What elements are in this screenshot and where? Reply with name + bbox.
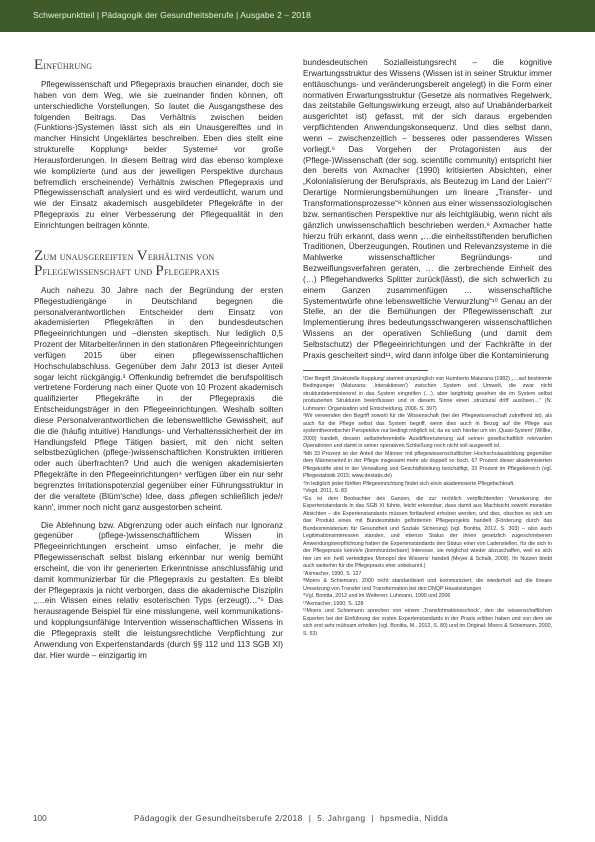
footnote: ⁸Moers & Schiemann, 2000 nicht standardi… [303, 578, 552, 593]
footnote: ¹⁰Axmacher, 1990, S. 128 [303, 601, 552, 609]
heading-initial: P [34, 263, 43, 279]
heading-text: flegepraxis [164, 265, 220, 278]
running-title: Schwerpunktteil | Pädagogik der Gesundhe… [33, 10, 311, 20]
journal-title: Pädagogik der Gesundheitsberufe 2/2018 [134, 814, 303, 823]
separator: | [309, 814, 312, 823]
footnote: ¹¹Moers und Schiemann sprechen von einem… [303, 608, 552, 638]
footnote: ⁷Axmacher, 1990, S. 127 [303, 571, 552, 579]
heading-initial: E [34, 57, 43, 73]
section-heading-einfuehrung: Einführung [34, 58, 283, 73]
left-column: Einführung Pflegewissenschaft und Pflege… [34, 58, 283, 662]
right-column: bundesdeutschen Sozialleistungsrecht – d… [303, 58, 552, 638]
heading-initial: V [137, 248, 148, 264]
footnote: ⁹Vgl. Bonitta, 2012 und im Weiteren: Luh… [303, 593, 552, 601]
paragraph-body: bundesdeutschen Sozialleistungsrecht – d… [303, 58, 552, 362]
volume: 5. Jahrgang [317, 814, 365, 823]
separator: | [371, 814, 374, 823]
heading-initial: Z [34, 248, 43, 264]
heading-text: erhältnis von [148, 250, 215, 263]
page-footer: 100 Pädagogik der Gesundheitsberufe 2/20… [0, 808, 595, 828]
header-bar: Schwerpunktteil | Pädagogik der Gesundhe… [0, 0, 595, 32]
publisher: hpsmedia, Nidda [380, 814, 448, 823]
paragraph-intro: Pflegewissenschaft und Pflegepraxis brau… [34, 80, 283, 232]
footnote: ¹Der Begriff ‚Strukturelle Kopplung' sta… [303, 376, 552, 414]
section-heading-verhaeltnis: Zum unausgereiften Verhältnis von Pflege… [34, 249, 283, 279]
footnote: ⁵Vogd, 2011, S. 83 [303, 488, 552, 496]
paragraph-body: Die Ablehnung bzw. Abgrenzung oder auch … [34, 521, 283, 662]
page-number: 100 [33, 814, 47, 823]
heading-text: inführung [43, 59, 92, 72]
footnote: ⁶Es ist dem Beobachter des Ganzen, die z… [303, 496, 552, 571]
footnotes: ¹Der Begriff ‚Strukturelle Kopplung' sta… [303, 376, 552, 639]
footnote: ⁴In lediglich jeder fünften Pflegeeinric… [303, 481, 552, 489]
heading-text: um unausgereiften [43, 250, 136, 263]
heading-initial: P [155, 263, 164, 279]
heading-text: flegewissenschaft und [43, 265, 156, 278]
footnote: ²Wir verwenden den Begriff sowohl für di… [303, 413, 552, 451]
footnote-divider [303, 370, 428, 371]
footnote: ³Mit 33 Prozent ist der Anteil der Männe… [303, 451, 552, 481]
paragraph-body: Auch nahezu 30 Jahre nach der Begründung… [34, 286, 283, 514]
publication-info: Pädagogik der Gesundheitsberufe 2/2018|5… [134, 814, 448, 823]
